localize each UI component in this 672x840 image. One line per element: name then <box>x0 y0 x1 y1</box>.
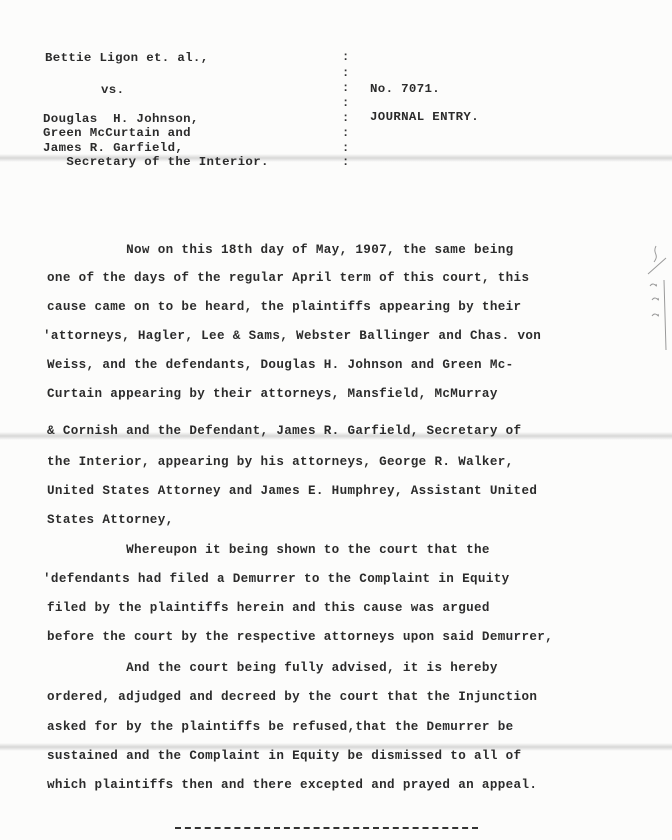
body-line: United States Attorney and James E. Hump… <box>47 484 537 498</box>
body-line: the Interior, appearing by his attorneys… <box>47 455 514 469</box>
body-line: ordered, adjudged and decreed by the cou… <box>47 690 537 704</box>
body-line: States Attorney, <box>47 513 174 527</box>
document-type: JOURNAL ENTRY. <box>370 110 479 124</box>
document-page: Bettie Ligon et. al., vs. Douglas H. Joh… <box>0 0 672 840</box>
body-line: Now on this 18th day of May, 1907, the s… <box>47 243 514 257</box>
body-line: 'attorneys, Hagler, Lee & Sams, Webster … <box>43 329 541 343</box>
body-line: asked for by the plaintiffs be refused,t… <box>47 720 514 734</box>
defendant-line: Douglas H. Johnson, <box>43 112 199 126</box>
versus-label: vs. <box>101 83 124 97</box>
plaintiff-name: Bettie Ligon et. al., <box>45 51 209 65</box>
body-line: cause came on to be heard, the plaintiff… <box>47 300 521 314</box>
body-line: Curtain appearing by their attorneys, Ma… <box>47 387 498 401</box>
defendant-line: Secretary of the Interior. <box>43 155 269 169</box>
pencil-margin-note-icon <box>640 240 670 360</box>
case-number: No. 7071. <box>370 82 440 96</box>
body-line: which plaintiffs then and there excepted… <box>47 778 537 792</box>
body-line: filed by the plaintiffs herein and this … <box>47 601 490 615</box>
body-line: Weiss, and the defendants, Douglas H. Jo… <box>47 358 514 372</box>
defendant-line: James R. Garfield, <box>43 141 183 155</box>
body-line: & Cornish and the Defendant, James R. Ga… <box>47 424 521 438</box>
defendant-line: Green McCurtain and <box>43 126 191 140</box>
body-line: one of the days of the regular April ter… <box>47 271 529 285</box>
body-line: 'defendants had filed a Demurrer to the … <box>43 572 510 586</box>
body-line: before the court by the respective attor… <box>47 630 553 644</box>
closing-dashed-rule <box>175 827 478 829</box>
body-line: And the court being fully advised, it is… <box>47 661 498 675</box>
body-line: sustained and the Complaint in Equity be… <box>47 749 521 763</box>
body-line: Whereupon it being shown to the court th… <box>47 543 490 557</box>
